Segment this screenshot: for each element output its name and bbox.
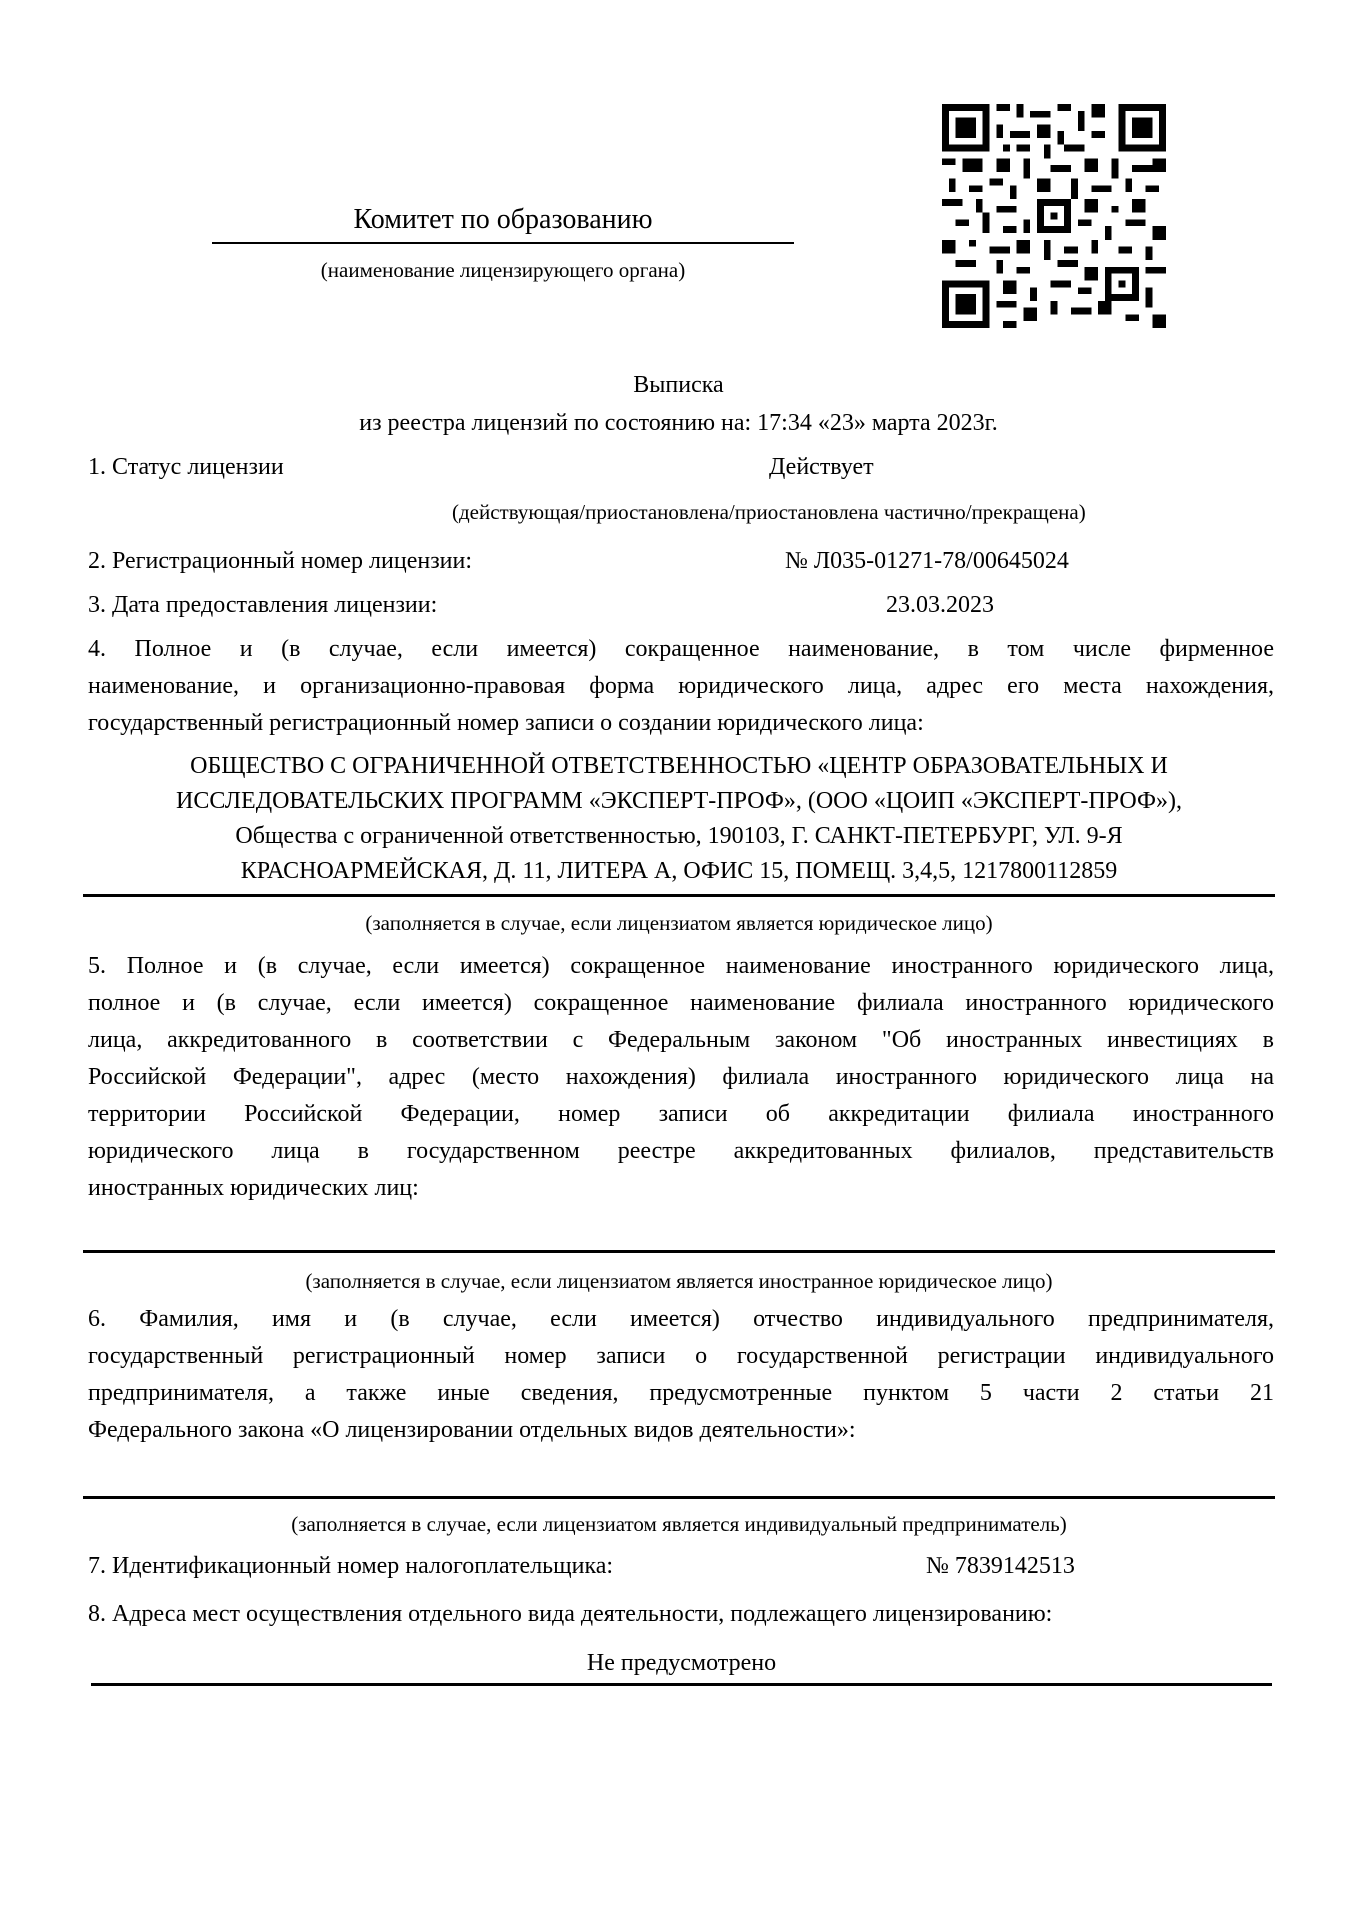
foreign-entity-caption: (заполняется в случае, если лицензиатом … bbox=[83, 1269, 1275, 1293]
individual-line: предпринимателя, а также иные сведения, … bbox=[88, 1378, 1274, 1415]
authority-underline bbox=[212, 242, 794, 244]
legal-entity-underline bbox=[83, 894, 1275, 897]
foreign-entity-line: территории Российской Федерации, номер з… bbox=[88, 1099, 1274, 1136]
document-subheading: из реестра лицензий по состоянию на: 17:… bbox=[0, 409, 1357, 437]
legal-entity-description: 4. Полное и (в случае, если имеется) сок… bbox=[88, 634, 1274, 745]
foreign-entity-line: иностранных юридических лиц: bbox=[88, 1173, 1274, 1210]
foreign-entity-line: юридического лица в государственном реес… bbox=[88, 1136, 1274, 1173]
authority-caption: (наименование лицензирующего органа) bbox=[212, 258, 794, 282]
legal-entity-value-line: ОБЩЕСТВО С ОГРАНИЧЕННОЙ ОТВЕТСТВЕННОСТЬЮ… bbox=[83, 752, 1275, 780]
individual-caption: (заполняется в случае, если лицензиатом … bbox=[83, 1512, 1275, 1536]
legal-entity-caption: (заполняется в случае, если лицензиатом … bbox=[83, 911, 1275, 935]
legal-entity-line: наименование, и организационно-правовая … bbox=[88, 671, 1274, 708]
foreign-entity-description: 5. Полное и (в случае, если имеется) сок… bbox=[88, 951, 1274, 1210]
inn-value: № 7839142513 bbox=[926, 1552, 1075, 1580]
individual-underline bbox=[83, 1496, 1275, 1499]
legal-entity-line: государственный регистрационный номер за… bbox=[88, 708, 1274, 745]
issue-date-label: 3. Дата предоставления лицензии: bbox=[88, 591, 437, 619]
foreign-entity-underline bbox=[83, 1250, 1275, 1253]
individual-line: государственный регистрационный номер за… bbox=[88, 1341, 1274, 1378]
addresses-value: Не предусмотрено bbox=[91, 1649, 1272, 1677]
legal-entity-value-line: КРАСНОАРМЕЙСКАЯ, Д. 11, ЛИТЕРА А, ОФИС 1… bbox=[83, 857, 1275, 885]
foreign-entity-line: полное и (в случае, если имеется) сокращ… bbox=[88, 988, 1274, 1025]
status-caption: (действующая/приостановлена/приостановле… bbox=[452, 500, 1086, 524]
foreign-entity-line: 5. Полное и (в случае, если имеется) сок… bbox=[88, 951, 1274, 988]
authority-name: Комитет по образованию bbox=[212, 204, 794, 236]
reg-number-label: 2. Регистрационный номер лицензии: bbox=[88, 547, 472, 575]
reg-number-value: № Л035-01271-78/00645024 bbox=[785, 547, 1069, 575]
individual-line: 6. Фамилия, имя и (в случае, если имеетс… bbox=[88, 1304, 1274, 1341]
individual-description: 6. Фамилия, имя и (в случае, если имеетс… bbox=[88, 1304, 1274, 1452]
foreign-entity-line: лица, аккредитованного в соответствии с … bbox=[88, 1025, 1274, 1062]
individual-line: Федерального закона «О лицензировании от… bbox=[88, 1415, 1274, 1452]
document-heading: Выписка bbox=[0, 371, 1357, 399]
foreign-entity-line: Российской Федерации", адрес (место нахо… bbox=[88, 1062, 1274, 1099]
addresses-underline bbox=[91, 1683, 1272, 1686]
status-value: Действует bbox=[769, 453, 874, 481]
legal-entity-value-line: Общества с ограниченной ответственностью… bbox=[83, 822, 1275, 850]
inn-label: 7. Идентификационный номер налогоплатель… bbox=[88, 1552, 613, 1580]
addresses-label: 8. Адреса мест осуществления отдельного … bbox=[88, 1600, 1052, 1628]
status-label: 1. Статус лицензии bbox=[88, 453, 284, 481]
legal-entity-value-line: ИССЛЕДОВАТЕЛЬСКИХ ПРОГРАММ «ЭКСПЕРТ-ПРОФ… bbox=[83, 787, 1275, 815]
qr-code-icon bbox=[942, 104, 1166, 328]
issue-date-value: 23.03.2023 bbox=[886, 591, 994, 619]
legal-entity-line: 4. Полное и (в случае, если имеется) сок… bbox=[88, 634, 1274, 671]
